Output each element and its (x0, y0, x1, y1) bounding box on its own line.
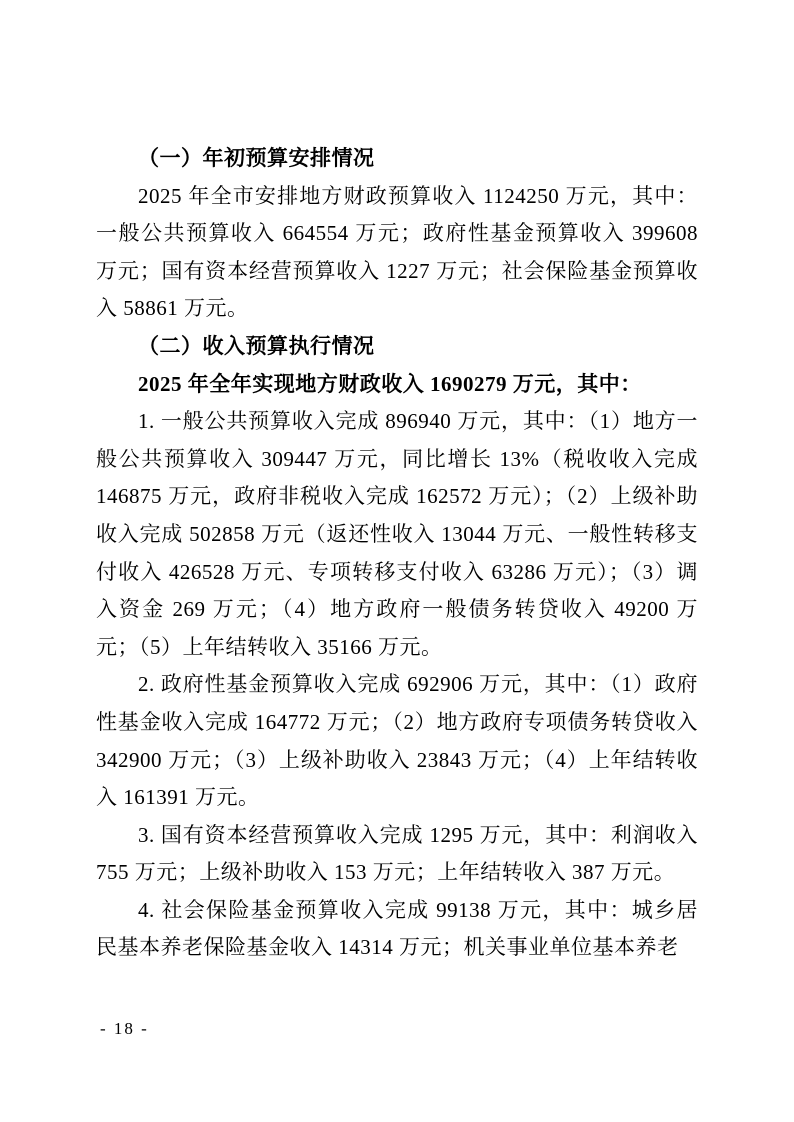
paragraph-social-insurance: 4. 社会保险基金预算收入完成 99138 万元，其中：城乡居民基本养老保险基金… (96, 892, 698, 967)
paragraph-government-funds: 2. 政府性基金预算收入完成 692906 万元，其中：（1）政府性基金收入完成… (96, 666, 698, 816)
section-heading-2: （二）收入预算执行情况 (96, 328, 698, 366)
paragraph-budget-arrangement: 2025 年全市安排地方财政预算收入 1124250 万元，其中：一般公共预算收… (96, 178, 698, 328)
paragraph-general-public-budget: 1. 一般公共预算收入完成 896940 万元，其中：（1）地方一般公共预算收入… (96, 403, 698, 666)
page-number: - 18 - (100, 1019, 149, 1039)
paragraph-state-capital: 3. 国有资本经营预算收入完成 1295 万元，其中：利润收入 755 万元；上… (96, 817, 698, 892)
document-body: （一）年初预算安排情况 2025 年全市安排地方财政预算收入 1124250 万… (96, 140, 698, 967)
paragraph-total-revenue: 2025 年全年实现地方财政收入 1690279 万元，其中： (96, 366, 698, 404)
document-page: （一）年初预算安排情况 2025 年全市安排地方财政预算收入 1124250 万… (0, 0, 794, 1122)
section-heading-1: （一）年初预算安排情况 (96, 140, 698, 178)
